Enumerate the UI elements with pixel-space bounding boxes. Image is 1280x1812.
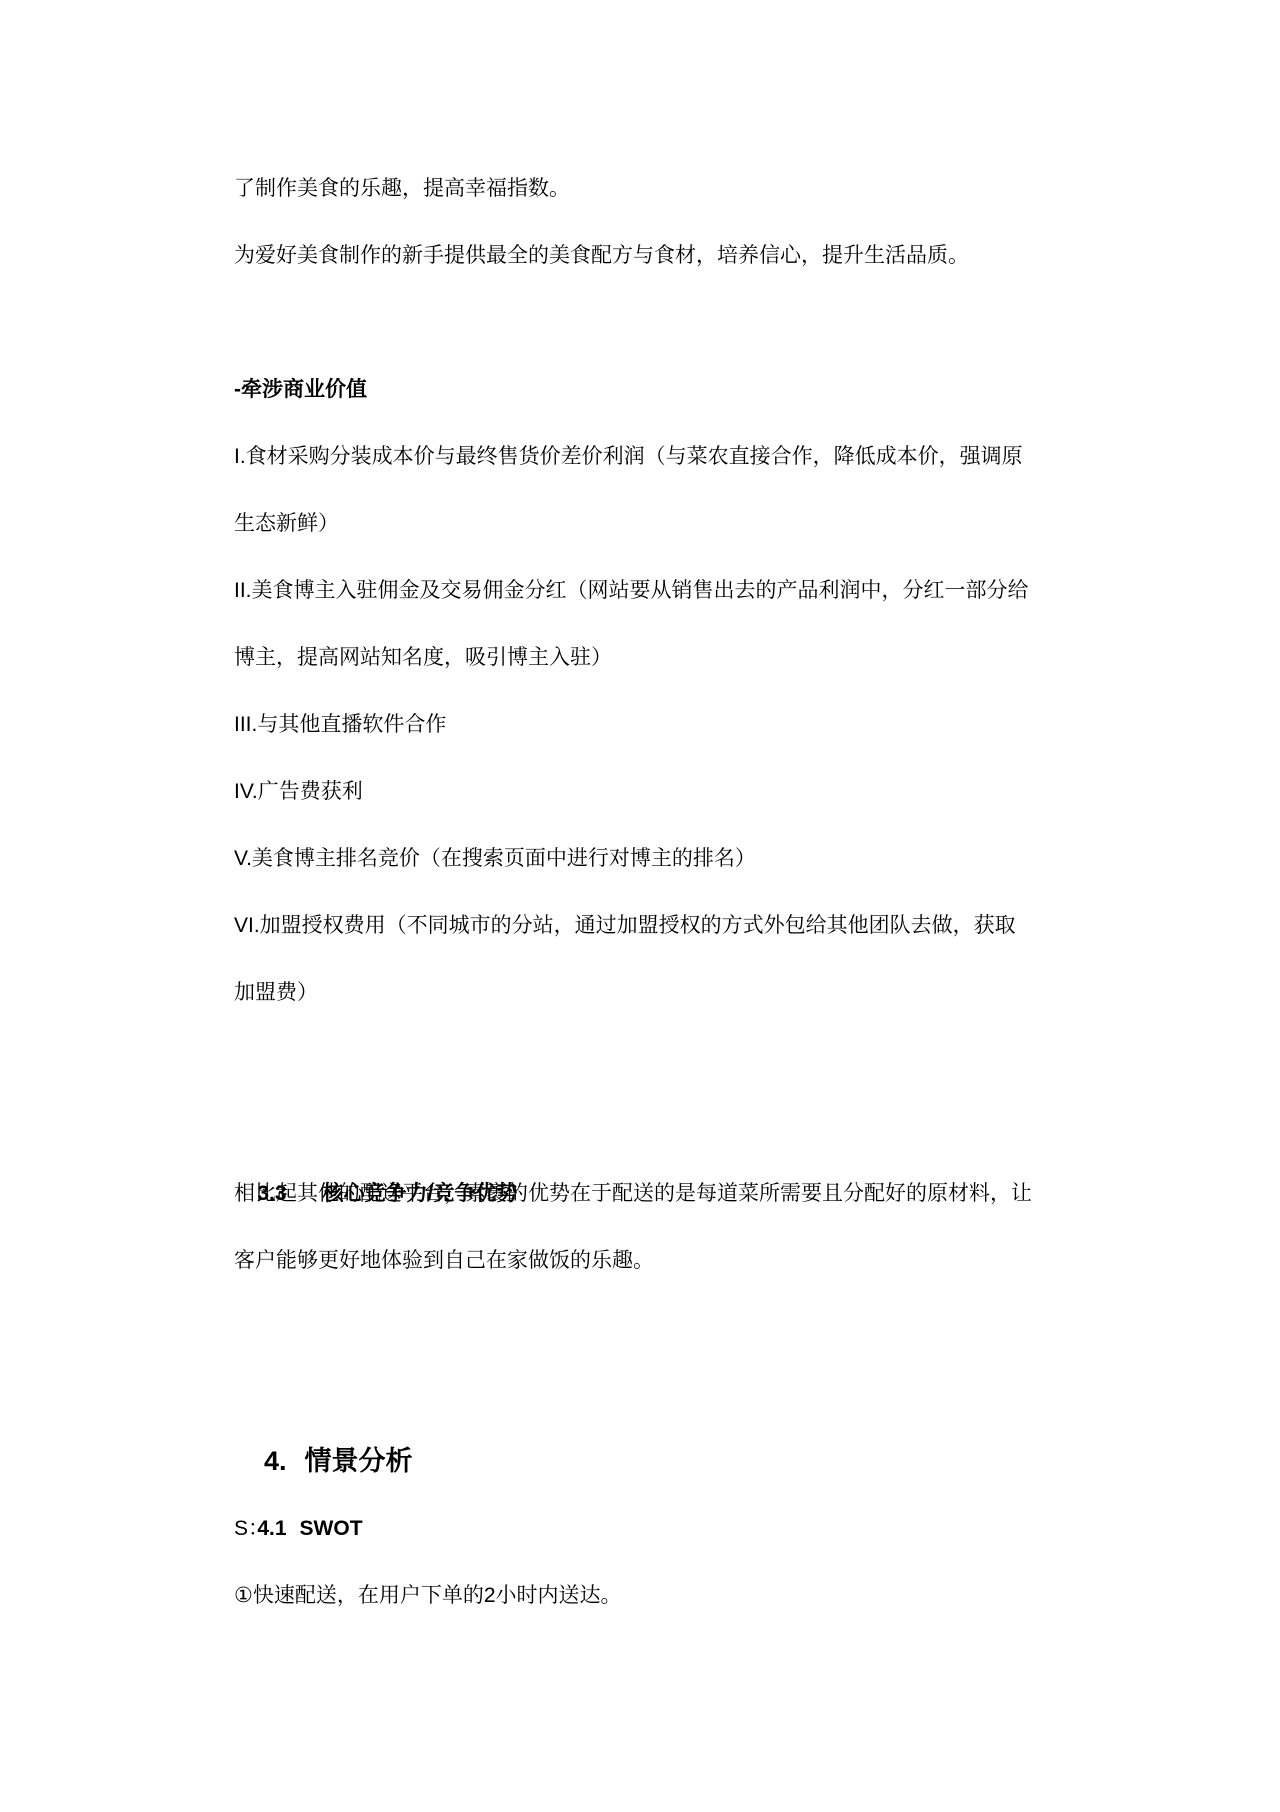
- list-item-roman-5: V.美食博主排名竞价（在搜索页面中进行对博主的排名）: [234, 825, 1180, 892]
- section-heading-4-label: 情景分析: [305, 1446, 413, 1476]
- section-heading-4-number: 4.: [264, 1428, 287, 1495]
- heading-commercial-value: -牵涉商业价值: [234, 356, 1180, 423]
- section-heading-3-3: 3.3核心竞争力/竞争优势: [234, 1093, 1180, 1160]
- body-line-advantage-2: 客户能够更好地体验到自己在家做饭的乐趣。: [234, 1227, 1180, 1294]
- swot-s-label: S：: [234, 1495, 1180, 1562]
- continuation-line: 了制作美食的乐趣，提高幸福指数。: [234, 155, 1180, 222]
- swot-s-item-1: ①快速配送，在用户下单的2小时内送达。: [234, 1562, 1180, 1629]
- body-line-advantage-1: 相比起其他的配送平台，素裹的优势在于配送的是每道菜所需要且分配好的原材料，让: [234, 1160, 1180, 1227]
- blank-line: [234, 1294, 1180, 1361]
- list-item-roman-2-wrap: 博主，提高网站知名度，吸引博主入驻）: [234, 624, 1180, 691]
- section-heading-4-1-label: SWOT: [300, 1517, 363, 1540]
- list-item-roman-1: I.食材采购分装成本价与最终售货价差价利润（与菜农直接合作，降低成本价，强调原: [234, 423, 1180, 490]
- list-item-roman-6-wrap: 加盟费）: [234, 959, 1180, 1026]
- list-item-roman-6: VI.加盟授权费用（不同城市的分站，通过加盟授权的方式外包给其他团队去做，获取: [234, 892, 1180, 959]
- list-item-roman-4: IV.广告费获利: [234, 758, 1180, 825]
- list-item-roman-3: III.与其他直播软件合作: [234, 691, 1180, 758]
- blank-line: [234, 1026, 1180, 1093]
- document-page: 了制作美食的乐趣，提高幸福指数。 为爱好美食制作的新手提供最全的美食配方与食材，…: [0, 0, 1280, 1812]
- section-heading-4: 4.情景分析: [234, 1361, 1180, 1428]
- list-item-roman-1-wrap: 生态新鲜）: [234, 490, 1180, 557]
- body-line-mission: 为爱好美食制作的新手提供最全的美食配方与食材，培养信心，提升生活品质。: [234, 222, 1180, 289]
- blank-line: [234, 289, 1180, 356]
- list-item-roman-2: II.美食博主入驻佣金及交易佣金分红（网站要从销售出去的产品利润中，分红一部分给: [234, 557, 1180, 624]
